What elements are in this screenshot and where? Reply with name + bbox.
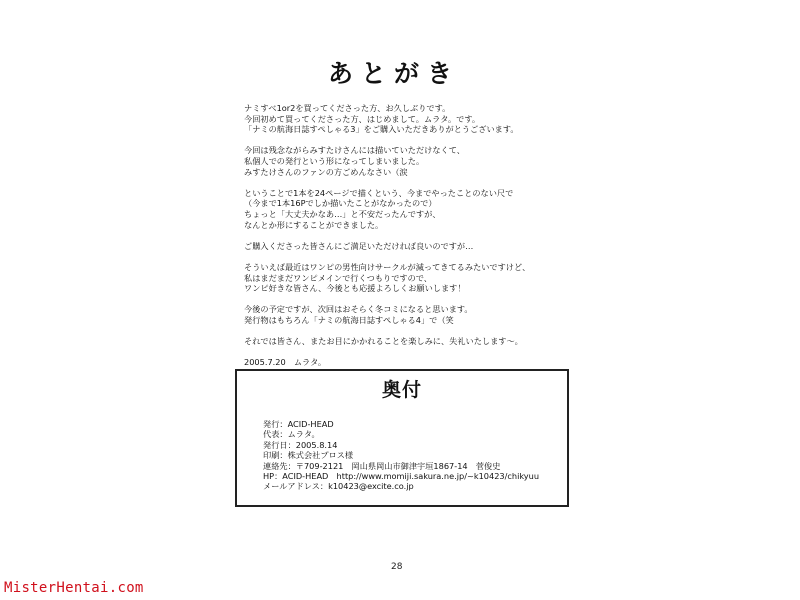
representative-line: 代表：ムラタ。 [263, 429, 539, 439]
text-line: 発行物はもちろん「ナミの航海日誌すぺしゃる4」で（笑 [244, 315, 584, 326]
text-line: みすたけさんのファンの方ごめんなさい（涙 [244, 167, 584, 178]
afterword-body: ナミすべ1or2を買ってくださった方、お久しぶりです。 今回初めて買ってくださっ… [244, 103, 584, 368]
colophon-details: 発行：ACID-HEAD 代表：ムラタ。 発行日：2005.8.14 印刷：株式… [263, 419, 539, 492]
text-line: そういえば最近はワンピの男性向けサークルが減ってきてるみたいですけど、 [244, 262, 584, 273]
text-line: なんとか形にすることができました。 [244, 220, 584, 231]
text-line: 今後の予定ですが、次回はおそらく冬コミになると思います。 [244, 304, 584, 315]
contact-address-line: 連絡先：〒709-2121 岡山県岡山市御津宇垣1867-14 菅俊史 [263, 461, 539, 471]
text-line: 私はまだまだワンピメインで行くつもりですので、 [244, 273, 584, 284]
afterword-paragraph: 今回は残念ながらみすたけさんには描いていただけなくて、 私個人での発行という形に… [244, 145, 584, 177]
text-line: （今まで1本16Pでしか描いたことがなかったので） [244, 198, 584, 209]
afterword-paragraph: ということで1本を24ページで描くという、今までやったことのない尺で （今まで1… [244, 188, 584, 230]
afterword-paragraph: ご購入くださった皆さんにご満足いただければ良いのですが… [244, 241, 584, 252]
colophon-title: 奥付 [237, 375, 567, 402]
text-line: 私個人での発行という形になってしまいました。 [244, 156, 584, 167]
text-line: ちょっと「大丈夫かなあ…」と不安だったんですが、 [244, 209, 584, 220]
text-line: ということで1本を24ページで描くという、今までやったことのない尺で [244, 188, 584, 199]
printer-line: 印刷：株式会社プロス様 [263, 450, 539, 460]
publish-date-line: 発行日：2005.8.14 [263, 440, 539, 450]
colophon-box: 奥付 発行：ACID-HEAD 代表：ムラタ。 発行日：2005.8.14 印刷… [235, 369, 569, 507]
text-line: 「ナミの航海日誌すぺしゃる3」をご購入いただきありがとうございます。 [244, 124, 584, 135]
text-line: それでは皆さん、またお目にかかれることを楽しみに、失礼いたします～。 [244, 336, 584, 347]
text-line: ご購入くださった皆さんにご満足いただければ良いのですが… [244, 241, 584, 252]
homepage-line: HP：ACID-HEAD http://www.momiji.sakura.ne… [263, 471, 539, 481]
text-line: 今回初めて買ってくださった方、はじめまして。ムラタ。です。 [244, 114, 584, 125]
afterword-paragraph: 今後の予定ですが、次回はおそらく冬コミになると思います。 発行物はもちろん「ナミ… [244, 304, 584, 325]
page-number: 28 [391, 562, 402, 572]
email-line: メールアドレス：k10423@excite.co.jp [263, 481, 539, 491]
text-line: ワンピ好きな皆さん、今後とも応援よろしくお願いします！ [244, 283, 584, 294]
afterword-paragraph: それでは皆さん、またお目にかかれることを楽しみに、失礼いたします～。 [244, 336, 584, 347]
book-page: あとがき ナミすべ1or2を買ってくださった方、お久しぶりです。 今回初めて買っ… [0, 0, 800, 600]
text-line: 今回は残念ながらみすたけさんには描いていただけなくて、 [244, 145, 584, 156]
afterword-heading: あとがき [328, 58, 448, 90]
site-watermark: MisterHentai.com [4, 580, 144, 596]
afterword-signature: 2005.7.20 ムラタ。 [244, 357, 584, 368]
afterword-paragraph: そういえば最近はワンピの男性向けサークルが減ってきてるみたいですけど、 私はまだ… [244, 262, 584, 294]
afterword-paragraph: ナミすべ1or2を買ってくださった方、お久しぶりです。 今回初めて買ってくださっ… [244, 103, 584, 135]
publisher-line: 発行：ACID-HEAD [263, 419, 539, 429]
text-line: ナミすべ1or2を買ってくださった方、お久しぶりです。 [244, 103, 584, 114]
